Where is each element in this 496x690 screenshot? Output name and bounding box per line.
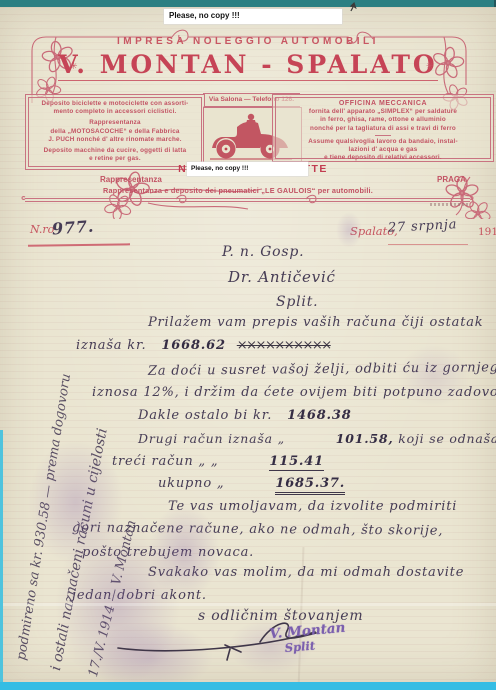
right-box-line: fornita dell' apparato „SIMPLEX“ per sal…: [279, 108, 487, 116]
dateline-underline: [388, 244, 468, 245]
title-ornament-left-icon: ✳: [70, 61, 78, 72]
scan-edge-bottom: [0, 682, 496, 690]
letter-line: iznaša kr. 1668.62 ××××××××××: [76, 338, 331, 353]
sum-line: ukupno „ 1685.37.: [158, 476, 345, 491]
left-box-line: della „MOTOSACOCHE“ e della Fabbrica: [32, 128, 198, 136]
watermark-overlay: Please, no copy !!!: [164, 9, 342, 24]
footer-rule: [25, 201, 470, 202]
sum-line: Dakle ostalo bi kr. 1468.38: [138, 408, 352, 423]
amount: 1668.62: [161, 338, 225, 353]
amount-underlined: 115.41: [269, 454, 324, 471]
printer-imprint-mark: [430, 203, 470, 206]
title-ornament-right-icon: ✳: [426, 61, 434, 72]
reference-number-handwritten: 977.: [51, 217, 94, 239]
footer-rule: [25, 198, 470, 199]
scanned-letter-photo: IMPRESA NOLEGGIO AUTOMOBILI V. MONTAN - …: [0, 0, 496, 690]
ink-smudge: [148, 505, 220, 600]
sum-line: Drugi račun iznaša „ 101.58, koji se odn…: [138, 431, 496, 446]
dateline-year-printed: 191: [478, 226, 496, 238]
amount: 1468.38: [287, 408, 351, 423]
ink-smudge: [336, 212, 362, 248]
right-box-line: Assume qualsivoglia lavoro da bandaio, i…: [279, 138, 487, 146]
paper-crease: [0, 603, 496, 606]
letter-line: Prilažem vam prepis vaših računa čiji os…: [148, 315, 483, 330]
letterhead-tagline: IMPRESA NOLEGGIO AUTOMOBILI: [0, 36, 496, 47]
watermark-overlay: Please, no copy !!!: [187, 162, 308, 176]
right-info-box: OFFICINA MECCANICA fornita dell' apparat…: [272, 94, 494, 162]
letter-paper: IMPRESA NOLEGGIO AUTOMOBILI V. MONTAN - …: [0, 7, 496, 682]
crossed-out-scribble: ××××××××××: [237, 338, 331, 353]
amount-total-underlined: 1685.37.: [275, 476, 345, 495]
right-box-line: nonché per la tagliatura di assi e travi…: [279, 125, 487, 133]
scan-edge-top: [0, 0, 496, 7]
right-box-title: OFFICINA MECCANICA: [279, 100, 487, 108]
recipient-name: Dr. Antičević: [228, 268, 336, 286]
recipient-city: Split.: [276, 294, 318, 310]
dateline-date-handwritten: 27 srpnja: [388, 217, 458, 236]
left-box-line: Rappresentanza: [32, 119, 198, 127]
left-box-line: mento completo in accessori ciclistici.: [32, 108, 198, 116]
right-box-line: e tiene deposito di relativi accessori.: [279, 154, 487, 162]
divider: [375, 135, 391, 136]
left-box-line: Deposito macchine da cucire, oggetti di …: [32, 147, 198, 155]
left-box-line: e retine per gas.: [32, 155, 198, 163]
left-info-box: Deposito biciclette e motociclette con a…: [25, 94, 205, 170]
amount: 101.58,: [336, 431, 394, 446]
right-box-line: lazioni d' acqua e gas: [279, 146, 487, 154]
scan-edge-left: [0, 430, 3, 682]
ink-smudge: [398, 345, 470, 407]
salutation: P. n. Gosp.: [222, 244, 304, 260]
rappresentanza-label: Rappresentanza: [100, 175, 162, 184]
reference-underline: [28, 243, 130, 246]
left-box-line: Deposito biciclette e motociclette con a…: [32, 100, 198, 108]
reference-label: N.ro: [30, 223, 54, 236]
right-box-line: in ferro, ghisa, rame, ottone e allumini…: [279, 116, 487, 124]
left-box-line: J. PUCH nonché d' altre rinomate marche.: [32, 136, 198, 144]
gaulois-line: Rappresentanza e deposito dei pneumatici…: [0, 186, 476, 195]
sum-line: treći račun „ „ 115.41: [112, 454, 324, 469]
praga-label: PRAGA.: [437, 175, 468, 184]
